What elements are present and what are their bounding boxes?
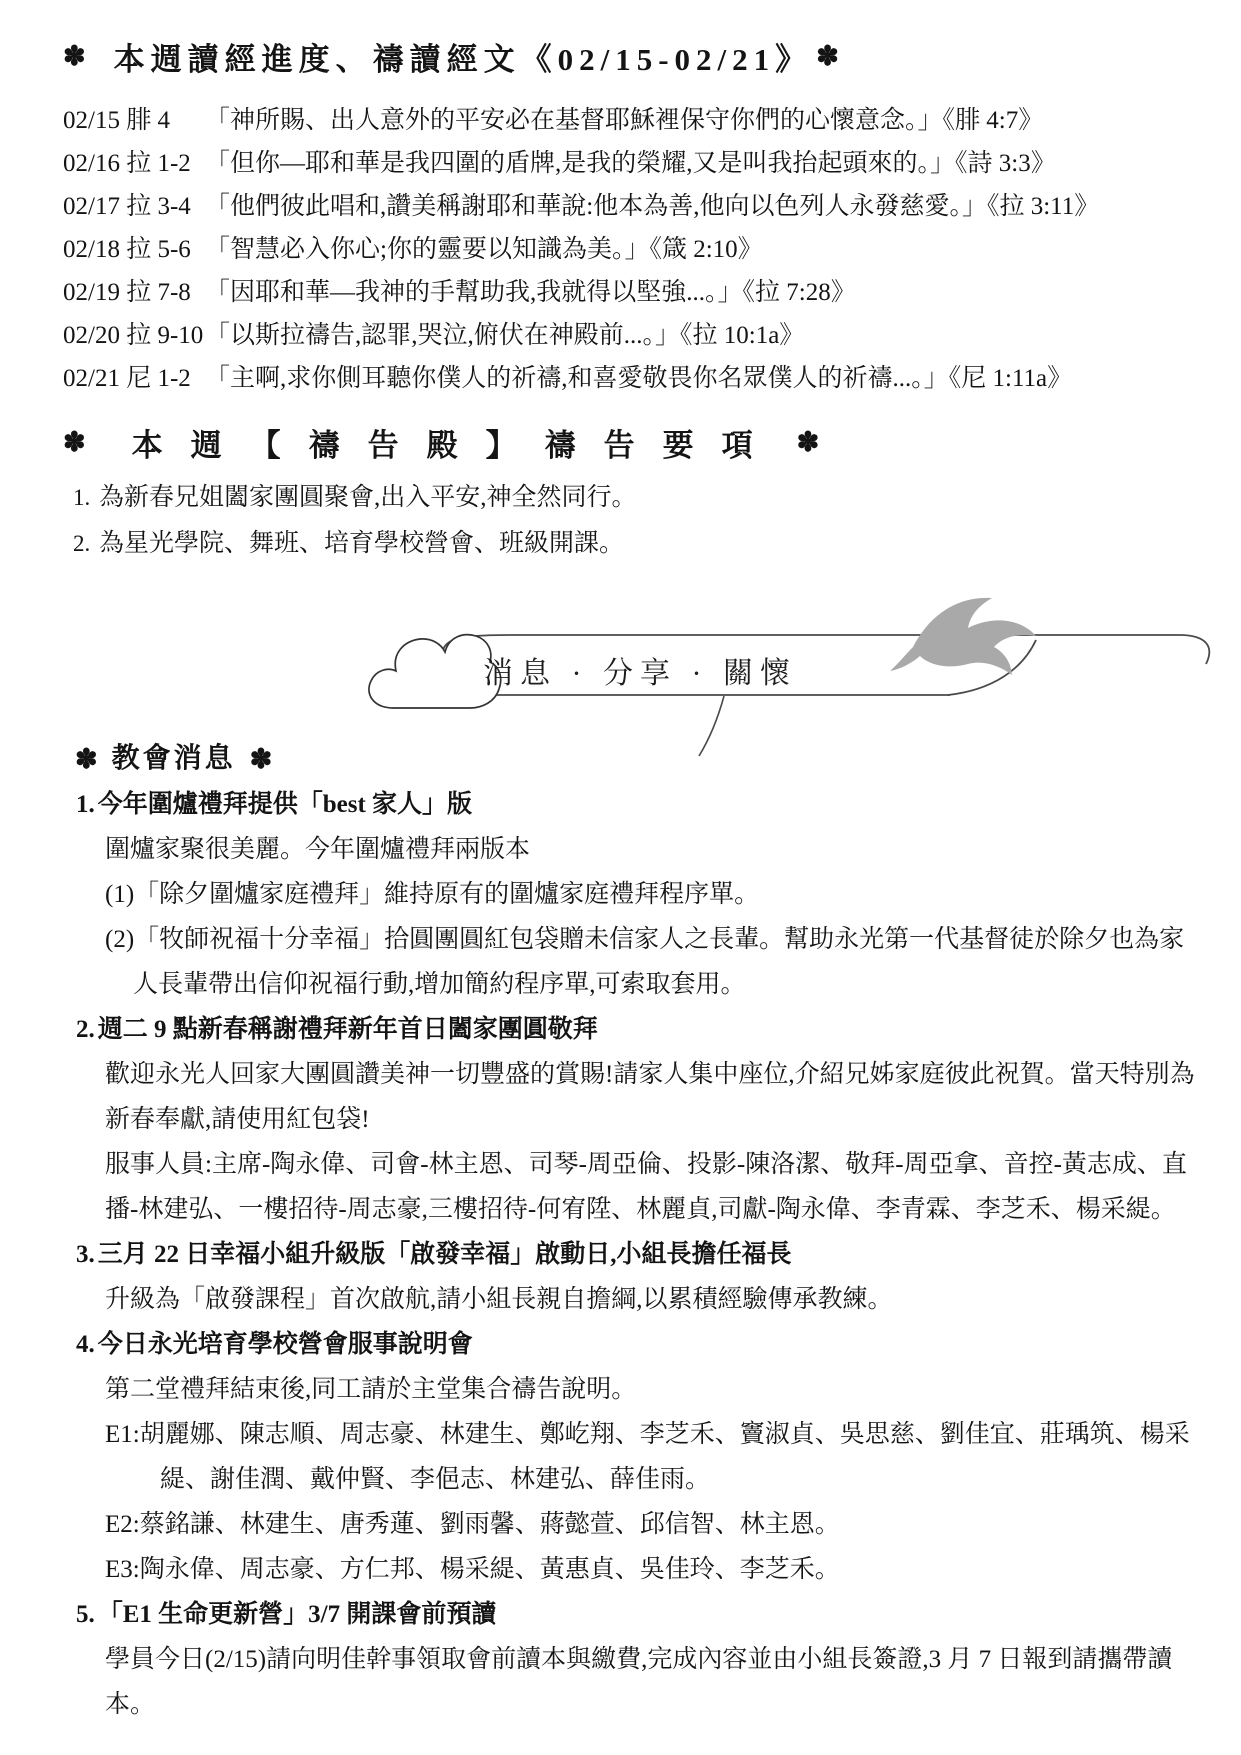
reading-quote: 「他們彼此唱和,讚美稱謝耶和華說:他本為善,他向以色列人永發慈愛。」《拉 3:1… xyxy=(205,185,1199,228)
reading-quote: 「主啊,求你側耳聽你僕人的祈禱,和喜愛敬畏你名眾僕人的祈禱...。」《尼 1:1… xyxy=(205,357,1199,400)
reading-section: ✽ 本週讀經進度、禱讀經文《02/15-02/21》 ✽ 02/15 腓 4 「… xyxy=(63,34,1199,400)
reading-row: 02/17 拉 3-4 「他們彼此唱和,讚美稱謝耶和華說:他本為善,他向以色列人… xyxy=(63,185,1199,228)
reading-quote: 「以斯拉禱告,認罪,哭泣,俯伏在神殿前...。」《拉 10:1a》 xyxy=(205,314,1199,357)
news-item-title: 3. 三月 22 日幸福小組升級版「啟發幸福」啟動日,小組長擔任福長 xyxy=(63,1232,1199,1277)
reading-date-ref: 02/19 拉 7-8 xyxy=(63,271,205,314)
item-number: 1. xyxy=(73,475,99,521)
item-number: 5. xyxy=(76,1592,95,1637)
flower-icon: ✽ xyxy=(75,746,98,773)
news-paragraph: 學員今日(2/15)請向明佳幹事領取會前讀本與繳費,完成內容並由小組長簽證,3 … xyxy=(63,1637,1199,1727)
news-section: ✽ 教會消息 ✽ 1. 今年圍爐禮拜提供「best 家人」版 圍爐家聚很美麗。今… xyxy=(63,736,1199,1727)
news-item-title-text: 三月 22 日幸福小組升級版「啟發幸福」啟動日,小組長擔任福長 xyxy=(98,1232,792,1277)
item-number: 3. xyxy=(76,1232,95,1277)
news-item-title-text: 「E1 生命更新營」3/7 開課會前預讀 xyxy=(98,1592,497,1637)
news-item: 4. 今日永光培育學校營會服事說明會 第二堂禮拜結束後,同工請於主堂集合禱告說明… xyxy=(63,1322,1199,1592)
flower-icon: ✽ xyxy=(816,43,839,70)
news-item: 2. 週二 9 點新春稱謝禮拜新年首日闔家團圓敬拜 歡迎永光人回家大團圓讚美神一… xyxy=(63,1007,1199,1232)
bird-icon xyxy=(890,598,1036,675)
news-item-title: 4. 今日永光培育學校營會服事說明會 xyxy=(63,1322,1199,1367)
reading-date-ref: 02/16 拉 1-2 xyxy=(63,142,205,185)
reading-date-ref: 02/21 尼 1-2 xyxy=(63,357,205,400)
reading-row: 02/21 尼 1-2 「主啊,求你側耳聽你僕人的祈禱,和喜愛敬畏你名眾僕人的祈… xyxy=(63,357,1199,400)
news-item-title: 5. 「E1 生命更新營」3/7 開課會前預讀 xyxy=(63,1592,1199,1637)
news-paragraph: E3:陶永偉、周志豪、方仁邦、楊采緹、黃惠貞、吳佳玲、李芝禾。 xyxy=(63,1547,1199,1592)
reading-quote: 「智慧必入你心;你的靈要以知識為美。」《箴 2:10》 xyxy=(205,228,1199,271)
news-paragraph: (2)「牧師祝福十分幸福」拾圓團圓紅包袋贈未信家人之長輩。幫助永光第一代基督徒於… xyxy=(63,917,1199,1007)
news-item-title-text: 週二 9 點新春稱謝禮拜新年首日闔家團圓敬拜 xyxy=(98,1007,598,1052)
reading-row: 02/18 拉 5-6 「智慧必入你心;你的靈要以知識為美。」《箴 2:10》 xyxy=(63,228,1199,271)
flower-icon: ✽ xyxy=(63,429,86,456)
news-item-title: 1. 今年圍爐禮拜提供「best 家人」版 xyxy=(63,782,1199,827)
reading-row: 02/20 拉 9-10 「以斯拉禱告,認罪,哭泣,俯伏在神殿前...。」《拉 … xyxy=(63,314,1199,357)
reading-list: 02/15 腓 4 「神所賜、出人意外的平安必在基督耶穌裡保守你們的心懷意念。」… xyxy=(63,99,1199,400)
reading-date-ref: 02/20 拉 9-10 xyxy=(63,314,205,357)
banner-title: 消息 · 分享 · 關懷 xyxy=(470,648,810,692)
flower-icon: ✽ xyxy=(63,43,86,70)
news-paragraph: (1)「除夕圍爐家庭禮拜」維持原有的圍爐家庭禮拜程序單。 xyxy=(63,872,1199,917)
item-number: 1. xyxy=(76,782,95,827)
prayer-text: 為新春兄姐闔家團圓聚會,出入平安,神全然同行。 xyxy=(99,475,1199,521)
prayer-section: ✽ 本週【禱告殿】禱告要項 ✽ 1. 為新春兄姐闔家團圓聚會,出入平安,神全然同… xyxy=(63,420,1199,567)
reading-quote: 「神所賜、出人意外的平安必在基督耶穌裡保守你們的心懷意念。」《腓 4:7》 xyxy=(205,99,1199,142)
news-item: 1. 今年圍爐禮拜提供「best 家人」版 圍爐家聚很美麗。今年圍爐禮拜兩版本 … xyxy=(63,782,1199,1007)
prayer-section-title: ✽ 本週【禱告殿】禱告要項 ✽ xyxy=(63,420,1199,465)
reading-title-text: 本週讀經進度、禱讀經文《02/15-02/21》 xyxy=(114,34,813,79)
prayer-title-text: 本週【禱告殿】禱告要項 xyxy=(132,420,781,465)
reading-row: 02/15 腓 4 「神所賜、出人意外的平安必在基督耶穌裡保守你們的心懷意念。」… xyxy=(63,99,1199,142)
news-section-title: ✽ 教會消息 ✽ xyxy=(63,736,1199,782)
news-title-text: 教會消息 xyxy=(112,736,236,782)
news-paragraph: 升級為「啟發課程」首次啟航,請小組長親自擔綱,以累積經驗傳承教練。 xyxy=(63,1277,1199,1322)
news-item-title: 2. 週二 9 點新春稱謝禮拜新年首日闔家團圓敬拜 xyxy=(63,1007,1199,1052)
reading-quote: 「因耶和華—我神的手幫助我,我就得以堅強...。」《拉 7:28》 xyxy=(205,271,1199,314)
reading-section-title: ✽ 本週讀經進度、禱讀經文《02/15-02/21》 ✽ xyxy=(63,34,1199,79)
item-number: 4. xyxy=(76,1322,95,1367)
prayer-item: 1. 為新春兄姐闔家團圓聚會,出入平安,神全然同行。 xyxy=(63,475,1199,521)
news-paragraph: 圍爐家聚很美麗。今年圍爐禮拜兩版本 xyxy=(63,827,1199,872)
bulletin-page: ✽ 本週讀經進度、禱讀經文《02/15-02/21》 ✽ 02/15 腓 4 「… xyxy=(0,0,1241,1755)
reading-row: 02/19 拉 7-8 「因耶和華—我神的手幫助我,我就得以堅強...。」《拉 … xyxy=(63,271,1199,314)
reading-date-ref: 02/15 腓 4 xyxy=(63,99,205,142)
news-paragraph: 歡迎永光人回家大團圓讚美神一切豐盛的賞賜!請家人集中座位,介紹兄姊家庭彼此祝賀。… xyxy=(63,1052,1199,1142)
reading-quote: 「但你—耶和華是我四圍的盾牌,是我的榮耀,又是叫我抬起頭來的。」《詩 3:3》 xyxy=(205,142,1199,185)
news-paragraph: E1:胡麗娜、陳志順、周志豪、林建生、鄭屹翔、李芝禾、竇淑貞、吳思慈、劉佳宜、莊… xyxy=(63,1412,1199,1502)
reading-date-ref: 02/18 拉 5-6 xyxy=(63,228,205,271)
news-item: 5. 「E1 生命更新營」3/7 開課會前預讀 學員今日(2/15)請向明佳幹事… xyxy=(63,1592,1199,1727)
news-paragraph: 第二堂禮拜結束後,同工請於主堂集合禱告說明。 xyxy=(63,1367,1199,1412)
flower-icon: ✽ xyxy=(250,746,273,773)
flower-icon: ✽ xyxy=(797,429,820,456)
reading-row: 02/16 拉 1-2 「但你—耶和華是我四圍的盾牌,是我的榮耀,又是叫我抬起頭… xyxy=(63,142,1199,185)
banner: 消息 · 分享 · 關懷 xyxy=(330,552,1241,764)
reading-date-ref: 02/17 拉 3-4 xyxy=(63,185,205,228)
news-item: 3. 三月 22 日幸福小組升級版「啟發幸福」啟動日,小組長擔任福長 升級為「啟… xyxy=(63,1232,1199,1322)
news-paragraph: 服事人員:主席-陶永偉、司會-林主恩、司琴-周亞倫、投影-陳洛潔、敬拜-周亞拿、… xyxy=(63,1142,1199,1232)
news-paragraph: E2:蔡銘謙、林建生、唐秀蓮、劉雨馨、蔣懿萱、邱信智、林主恩。 xyxy=(63,1502,1199,1547)
news-item-title-text: 今日永光培育學校營會服事說明會 xyxy=(98,1322,473,1367)
item-number: 2. xyxy=(73,521,99,567)
item-number: 2. xyxy=(76,1007,95,1052)
news-item-title-text: 今年圍爐禮拜提供「best 家人」版 xyxy=(98,782,472,827)
